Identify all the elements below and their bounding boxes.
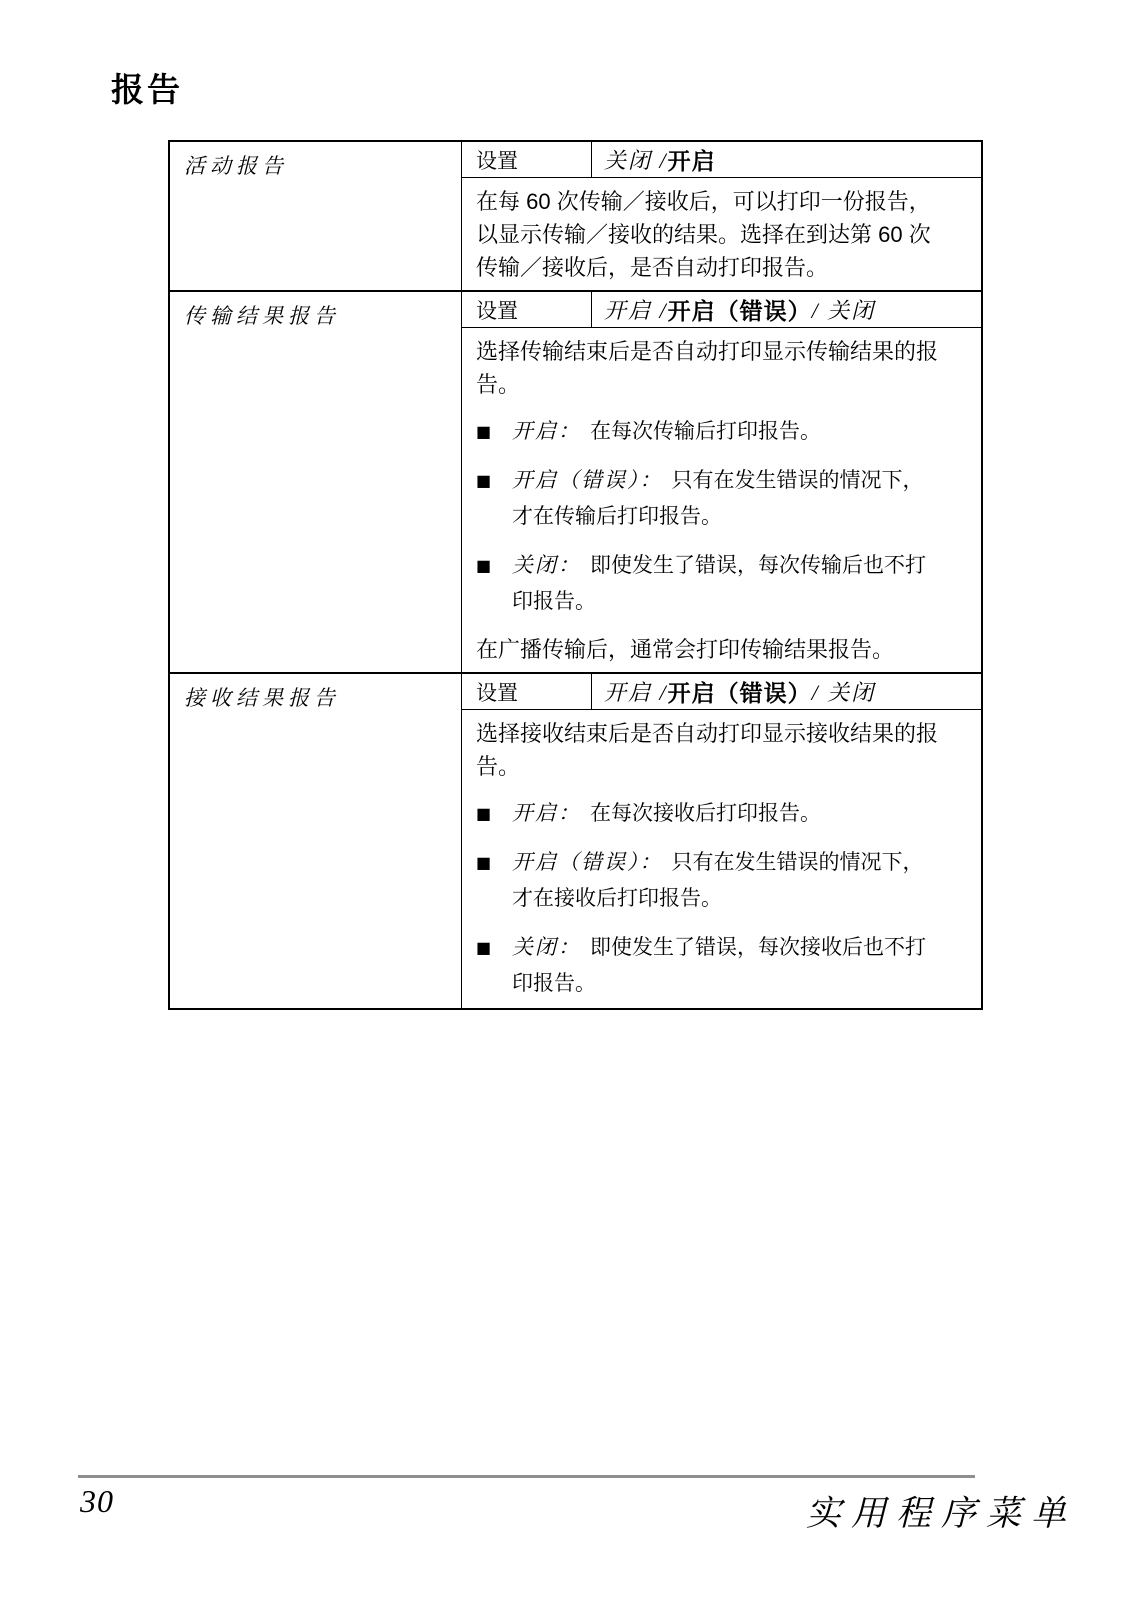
note-text: 在广播传输后，通常会打印传输结果报告。 [476, 633, 943, 666]
option-value: 关闭 / [604, 144, 668, 175]
option-value: 开启 / [604, 294, 668, 325]
row-label: 接收结果报告 [170, 674, 462, 1008]
option-value: / 关闭 [812, 294, 876, 325]
description-text: 在每 60 次传输／接收后，可以打印一份报告，以显示传输／接收的结果。选择在到达… [476, 185, 943, 284]
bullet-term: 开启： [512, 801, 581, 825]
square-bullet-icon: ■ [476, 929, 512, 1002]
option-detail-list: ■ 开启：在每次接收后打印报告。 ■ 开启（错误）：只有在发生错误的情况下，才在… [476, 795, 943, 1002]
footer-section-title: 实用程序菜单 [806, 1486, 1076, 1536]
row-content: 设置 关闭 / 开启 在每 60 次传输／接收后，可以打印一份报告，以显示传输／… [462, 142, 981, 290]
setting-row: 设置 开启 / 开启（错误） / 关闭 [462, 292, 981, 328]
bullet-term: 关闭： [512, 553, 581, 577]
row-description-area: 在每 60 次传输／接收后，可以打印一份报告，以显示传输／接收的结果。选择在到达… [462, 178, 981, 290]
row-description-area: 选择传输结束后是否自动打印显示传输结果的报告。 ■ 开启：在每次传输后打印报告。… [462, 328, 981, 672]
list-item: ■ 关闭：即使发生了错误，每次接收后也不打印报告。 [476, 929, 943, 1002]
table-row-rx-result-report: 接收结果报告 设置 开启 / 开启（错误） / 关闭 选择接收结束后是否自动打印… [170, 672, 981, 1008]
option-default-value: 开启（错误） [668, 675, 812, 708]
row-content: 设置 开启 / 开启（错误） / 关闭 选择接收结束后是否自动打印显示接收结果的… [462, 674, 981, 1008]
square-bullet-icon: ■ [476, 795, 512, 832]
bullet-content: 关闭：即使发生了错误，每次传输后也不打印报告。 [512, 547, 943, 620]
setting-row: 设置 关闭 / 开启 [462, 142, 981, 178]
option-default-value: 开启 [668, 143, 716, 176]
table-row-tx-result-report: 传输结果报告 设置 开启 / 开启（错误） / 关闭 选择传输结束后是否自动打印… [170, 290, 981, 672]
description-text: 选择传输结束后是否自动打印显示传输结果的报告。 [476, 335, 943, 401]
bullet-content: 开启（错误）：只有在发生错误的情况下，才在传输后打印报告。 [512, 462, 943, 535]
description-text: 选择接收结束后是否自动打印显示接收结果的报告。 [476, 717, 943, 783]
setting-options: 开启 / 开启（错误） / 关闭 [592, 674, 981, 709]
setting-options: 开启 / 开启（错误） / 关闭 [592, 292, 981, 327]
square-bullet-icon: ■ [476, 547, 512, 620]
setting-options: 关闭 / 开启 [592, 142, 981, 177]
setting-label: 设置 [462, 142, 592, 177]
setting-label: 设置 [462, 674, 592, 709]
bullet-term: 开启： [512, 419, 581, 443]
bullet-content: 开启：在每次接收后打印报告。 [512, 795, 943, 832]
option-detail-list: ■ 开启：在每次传输后打印报告。 ■ 开启（错误）：只有在发生错误的情况下，才在… [476, 413, 943, 620]
bullet-text: 在每次接收后打印报告。 [590, 802, 821, 825]
square-bullet-icon: ■ [476, 413, 512, 450]
bullet-term: 开启（错误）： [512, 850, 663, 874]
table-row-activity-report: 活动报告 设置 关闭 / 开启 在每 60 次传输／接收后，可以打印一份报告，以… [170, 142, 981, 290]
settings-table: 活动报告 设置 关闭 / 开启 在每 60 次传输／接收后，可以打印一份报告，以… [168, 140, 983, 1010]
page-title: 报告 [111, 64, 183, 111]
option-default-value: 开启（错误） [668, 293, 812, 326]
row-label: 活动报告 [170, 142, 462, 290]
list-item: ■ 开启（错误）：只有在发生错误的情况下，才在传输后打印报告。 [476, 462, 943, 535]
square-bullet-icon: ■ [476, 844, 512, 917]
bullet-content: 开启：在每次传输后打印报告。 [512, 413, 943, 450]
row-content: 设置 开启 / 开启（错误） / 关闭 选择传输结束后是否自动打印显示传输结果的… [462, 292, 981, 672]
bullet-text: 在每次传输后打印报告。 [590, 420, 821, 443]
footer-rule [78, 1475, 975, 1478]
footer-page-number: 30 [80, 1483, 114, 1520]
list-item: ■ 开启：在每次传输后打印报告。 [476, 413, 943, 450]
option-value: / 关闭 [812, 676, 876, 707]
square-bullet-icon: ■ [476, 462, 512, 535]
option-value: 开启 / [604, 676, 668, 707]
bullet-content: 关闭：即使发生了错误，每次接收后也不打印报告。 [512, 929, 943, 1002]
setting-row: 设置 开启 / 开启（错误） / 关闭 [462, 674, 981, 710]
list-item: ■ 开启：在每次接收后打印报告。 [476, 795, 943, 832]
bullet-term: 关闭： [512, 935, 581, 959]
bullet-content: 开启（错误）：只有在发生错误的情况下，才在接收后打印报告。 [512, 844, 943, 917]
row-label: 传输结果报告 [170, 292, 462, 672]
row-description-area: 选择接收结束后是否自动打印显示接收结果的报告。 ■ 开启：在每次接收后打印报告。… [462, 710, 981, 1008]
list-item: ■ 关闭：即使发生了错误，每次传输后也不打印报告。 [476, 547, 943, 620]
list-item: ■ 开启（错误）：只有在发生错误的情况下，才在接收后打印报告。 [476, 844, 943, 917]
setting-label: 设置 [462, 292, 592, 327]
bullet-term: 开启（错误）： [512, 468, 663, 492]
